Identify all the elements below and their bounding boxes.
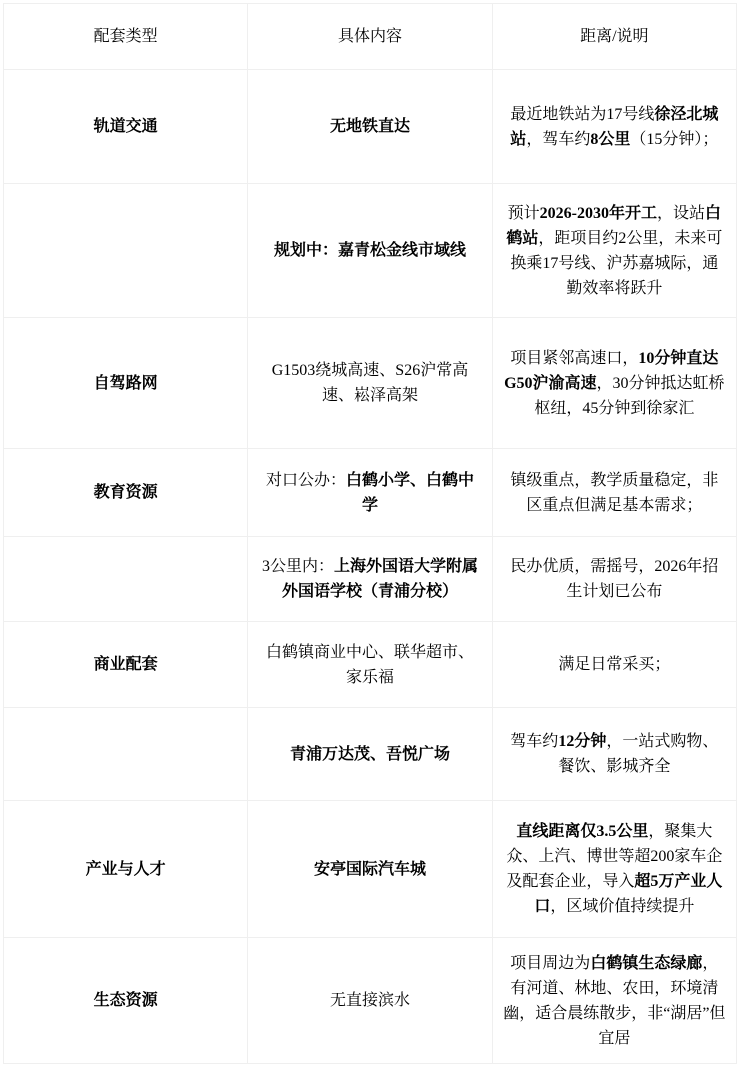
details-cell: 无地铁直达 (248, 70, 492, 184)
table-row: 轨道交通 无地铁直达 最近地铁站为17号线徐泾北城站，驾车约8公里（15分钟）； (4, 70, 737, 184)
table-row: 青浦万达茂、吾悦广场 驾车约12分钟，一站式购物、餐饮、影城齐全 (4, 708, 737, 801)
distance-note-cell: 镇级重点，教学质量稳定，非区重点但满足基本需求； (492, 449, 736, 537)
details-cell: G1503绕城高速、S26沪常高速、崧泽高架 (248, 318, 492, 449)
distance-note-cell: 民办优质，需摇号，2026年招生计划已公布 (492, 537, 736, 622)
amenity-type-cell: 生态资源 (4, 938, 248, 1064)
amenity-type-cell (4, 708, 248, 801)
header-distance-note: 距离/说明 (492, 4, 736, 70)
amenity-type-cell: 自驾路网 (4, 318, 248, 449)
distance-note-cell: 预计2026-2030年开工，设站白鹤站，距项目约2公里，未来可换乘17号线、沪… (492, 184, 736, 318)
table-row: 自驾路网 G1503绕城高速、S26沪常高速、崧泽高架 项目紧邻高速口，10分钟… (4, 318, 737, 449)
amenity-type-cell: 产业与人才 (4, 801, 248, 938)
details-cell: 青浦万达茂、吾悦广场 (248, 708, 492, 801)
details-cell: 规划中：嘉青松金线市域线 (248, 184, 492, 318)
distance-note-cell: 满足日常采买； (492, 622, 736, 708)
details-cell: 对口公办：白鹤小学、白鹤中学 (248, 449, 492, 537)
table-row: 教育资源 对口公办：白鹤小学、白鹤中学 镇级重点，教学质量稳定，非区重点但满足基… (4, 449, 737, 537)
amenity-type-cell: 轨道交通 (4, 70, 248, 184)
distance-note-cell: 项目紧邻高速口，10分钟直达G50沪渝高速，30分钟抵达虹桥枢纽，45分钟到徐家… (492, 318, 736, 449)
amenities-table: 配套类型 具体内容 距离/说明 轨道交通 无地铁直达 最近地铁站为17号线徐泾北… (3, 3, 737, 1064)
amenity-type-cell (4, 184, 248, 318)
details-cell: 安亭国际汽车城 (248, 801, 492, 938)
table-row: 产业与人才 安亭国际汽车城 直线距离仅3.5公里，聚集大众、上汽、博世等超200… (4, 801, 737, 938)
table-row: 规划中：嘉青松金线市域线 预计2026-2030年开工，设站白鹤站，距项目约2公… (4, 184, 737, 318)
amenity-type-cell: 商业配套 (4, 622, 248, 708)
details-cell: 3公里内：上海外国语大学附属外国语学校（青浦分校） (248, 537, 492, 622)
header-amenity-type: 配套类型 (4, 4, 248, 70)
distance-note-cell: 直线距离仅3.5公里，聚集大众、上汽、博世等超200家车企及配套企业，导入超5万… (492, 801, 736, 938)
distance-note-cell: 最近地铁站为17号线徐泾北城站，驾车约8公里（15分钟）； (492, 70, 736, 184)
distance-note-cell: 项目周边为白鹤镇生态绿廊，有河道、林地、农田，环境清幽，适合晨练散步，非“湖居”… (492, 938, 736, 1064)
amenity-type-cell: 教育资源 (4, 449, 248, 537)
header-details: 具体内容 (248, 4, 492, 70)
table-header: 配套类型 具体内容 距离/说明 (4, 4, 737, 70)
details-cell: 无直接滨水 (248, 938, 492, 1064)
amenity-type-cell (4, 537, 248, 622)
details-cell: 白鹤镇商业中心、联华超市、家乐福 (248, 622, 492, 708)
table-row: 商业配套 白鹤镇商业中心、联华超市、家乐福 满足日常采买； (4, 622, 737, 708)
table-body: 轨道交通 无地铁直达 最近地铁站为17号线徐泾北城站，驾车约8公里（15分钟）；… (4, 70, 737, 1064)
page-content: 配套类型 具体内容 距离/说明 轨道交通 无地铁直达 最近地铁站为17号线徐泾北… (0, 0, 740, 1067)
table-row: 生态资源 无直接滨水 项目周边为白鹤镇生态绿廊，有河道、林地、农田，环境清幽，适… (4, 938, 737, 1064)
header-row: 配套类型 具体内容 距离/说明 (4, 4, 737, 70)
distance-note-cell: 驾车约12分钟，一站式购物、餐饮、影城齐全 (492, 708, 736, 801)
table-row: 3公里内：上海外国语大学附属外国语学校（青浦分校） 民办优质，需摇号，2026年… (4, 537, 737, 622)
